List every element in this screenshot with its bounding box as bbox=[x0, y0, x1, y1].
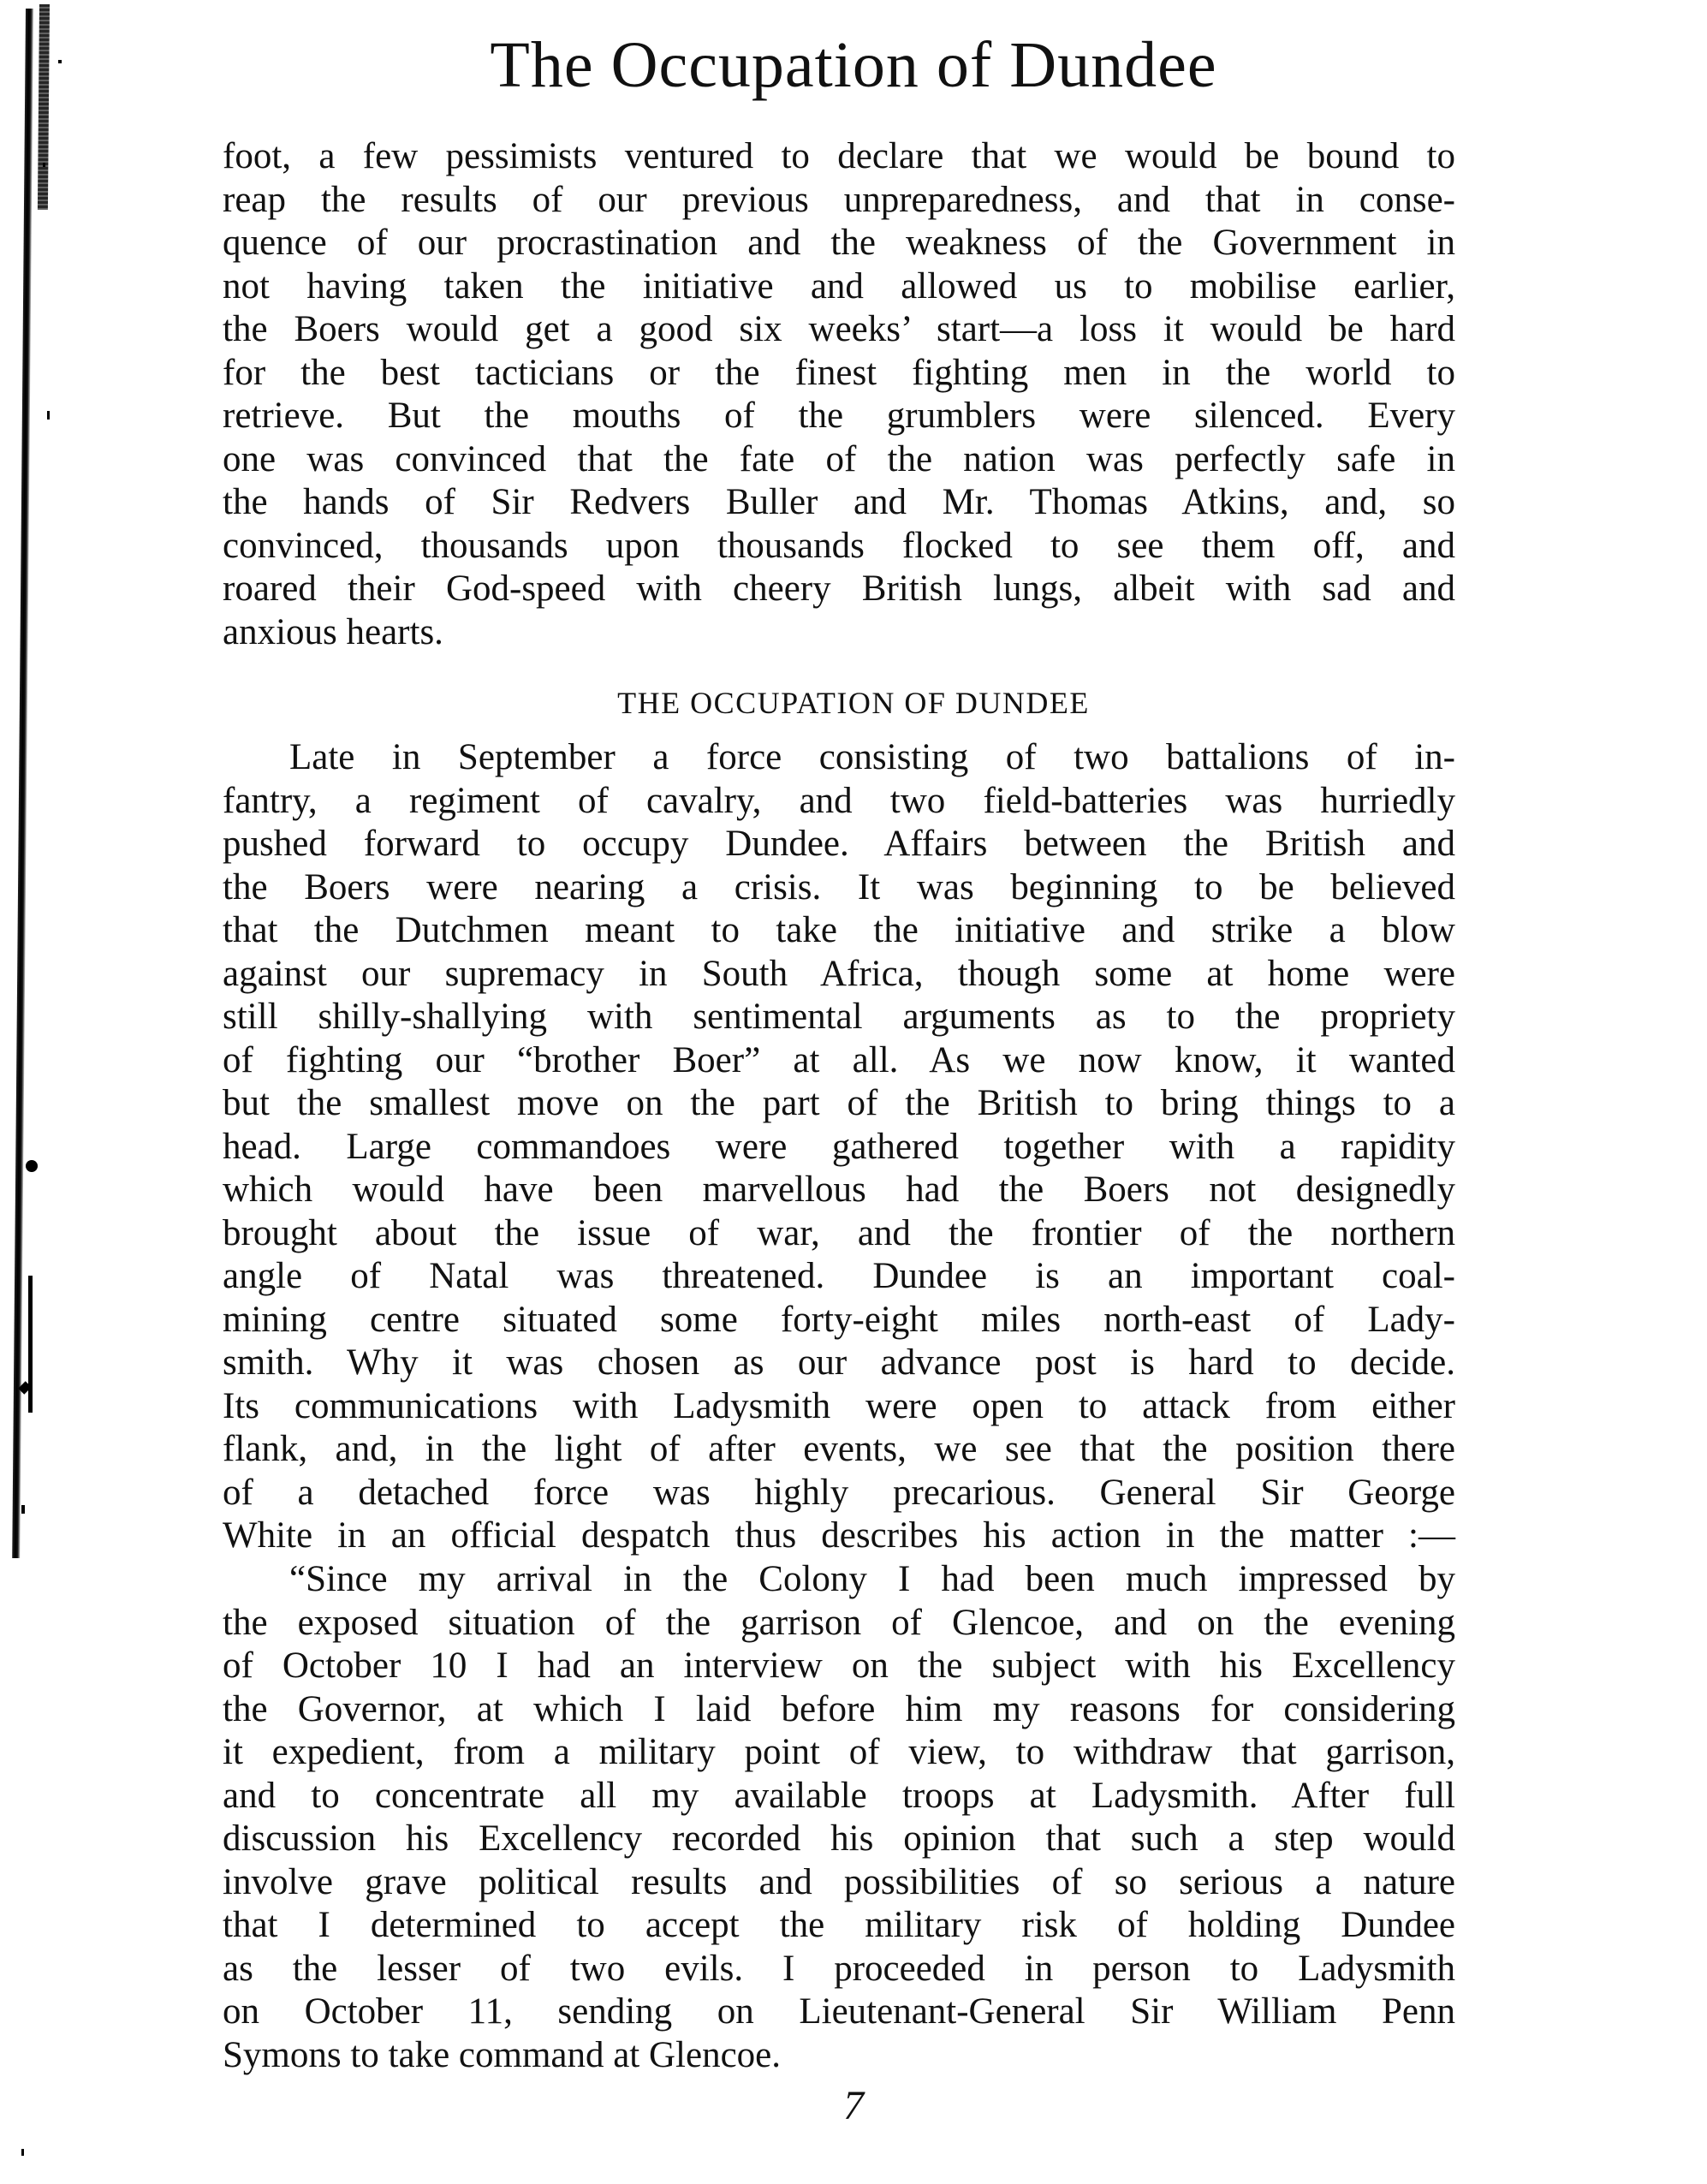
text-line: smith. Why it was chosen as our advance … bbox=[223, 1342, 1455, 1385]
text-line: for the best tacticians or the finest fi… bbox=[223, 352, 1455, 396]
text-line: that I determined to accept the military… bbox=[223, 1904, 1455, 1948]
text-line: on October 11, sending on Lieutenant-Gen… bbox=[223, 1991, 1455, 2034]
text-line: which would have been marvellous had the… bbox=[223, 1169, 1455, 1212]
text-line: the Boers were nearing a crisis. It was … bbox=[223, 866, 1455, 910]
text-line: the Governor, at which I laid before him… bbox=[223, 1688, 1455, 1732]
paragraph-continuation: foot, a few pessimists ventured to decla… bbox=[223, 135, 1455, 654]
scan-speck bbox=[21, 1505, 25, 1514]
text-line: reap the results of our previous unprepa… bbox=[223, 179, 1455, 223]
text-line: Symons to take command at Glencoe. bbox=[223, 2034, 1455, 2078]
text-line: discussion his Excellency recorded his o… bbox=[223, 1818, 1455, 1861]
text-line: retrieve. But the mouths of the grumbler… bbox=[223, 395, 1455, 438]
text-line: convinced, thousands upon thousands floc… bbox=[223, 525, 1455, 568]
text-line: foot, a few pessimists ventured to decla… bbox=[223, 135, 1455, 179]
text-line: but the smallest move on the part of the… bbox=[223, 1082, 1455, 1126]
quoted-despatch: “Since my arrival in the Colony I had be… bbox=[223, 1558, 1455, 2077]
text-line: mining centre situated some forty-eight … bbox=[223, 1299, 1455, 1342]
text-line: one was convinced that the fate of the n… bbox=[223, 438, 1455, 482]
text-line: “Since my arrival in the Colony I had be… bbox=[223, 1558, 1455, 1602]
text-line: head. Large commandoes were gathered tog… bbox=[223, 1126, 1455, 1169]
text-line: fantry, a regiment of cavalry, and two f… bbox=[223, 780, 1455, 824]
scan-speck bbox=[43, 163, 45, 167]
paragraph-main: Late in September a force consisting of … bbox=[223, 736, 1455, 1558]
text-line: it expedient, from a military point of v… bbox=[223, 1731, 1455, 1775]
text-line: Late in September a force consisting of … bbox=[223, 736, 1455, 780]
text-line: the Boers would get a good six weeks’ st… bbox=[223, 308, 1455, 352]
scan-speck bbox=[47, 411, 50, 420]
text-line: and to concentrate all my available troo… bbox=[223, 1775, 1455, 1818]
scan-speck bbox=[21, 2149, 24, 2156]
text-line: flank, and, in the light of after events… bbox=[223, 1428, 1455, 1472]
running-header: The Occupation of Dundee bbox=[0, 33, 1707, 98]
text-line: of fighting our “brother Boer” at all. A… bbox=[223, 1039, 1455, 1083]
text-line: anxious hearts. bbox=[223, 611, 1455, 655]
text-line: of October 10 I had an interview on the … bbox=[223, 1645, 1455, 1688]
scan-blot bbox=[26, 1160, 38, 1172]
text-line: Its communications with Ladysmith were o… bbox=[223, 1385, 1455, 1429]
page-number: 7 bbox=[0, 2082, 1707, 2129]
text-line: quence of our procrastination and the we… bbox=[223, 222, 1455, 265]
text-line: not having taken the initiative and allo… bbox=[223, 265, 1455, 309]
text-line: of a detached force was highly precariou… bbox=[223, 1472, 1455, 1515]
section-heading: THE OCCUPATION OF DUNDEE bbox=[0, 685, 1707, 721]
text-line: the hands of Sir Redvers Buller and Mr. … bbox=[223, 481, 1455, 525]
text-line: involve grave political results and poss… bbox=[223, 1861, 1455, 1905]
text-line: against our supremacy in South Africa, t… bbox=[223, 953, 1455, 997]
text-line: as the lesser of two evils. I proceeded … bbox=[223, 1948, 1455, 1991]
text-line: White in an official despatch thus descr… bbox=[223, 1515, 1455, 1558]
text-line: brought about the issue of war, and the … bbox=[223, 1212, 1455, 1256]
scan-edge-segment bbox=[28, 1276, 33, 1413]
text-line: angle of Natal was threatened. Dundee is… bbox=[223, 1255, 1455, 1299]
text-line: that the Dutchmen meant to take the init… bbox=[223, 909, 1455, 953]
text-line: roared their God-speed with cheery Briti… bbox=[223, 568, 1455, 611]
text-line: pushed forward to occupy Dundee. Affairs… bbox=[223, 823, 1455, 866]
text-line: still shilly-shallying with sentimental … bbox=[223, 996, 1455, 1039]
text-line: the exposed situation of the garrison of… bbox=[223, 1602, 1455, 1645]
